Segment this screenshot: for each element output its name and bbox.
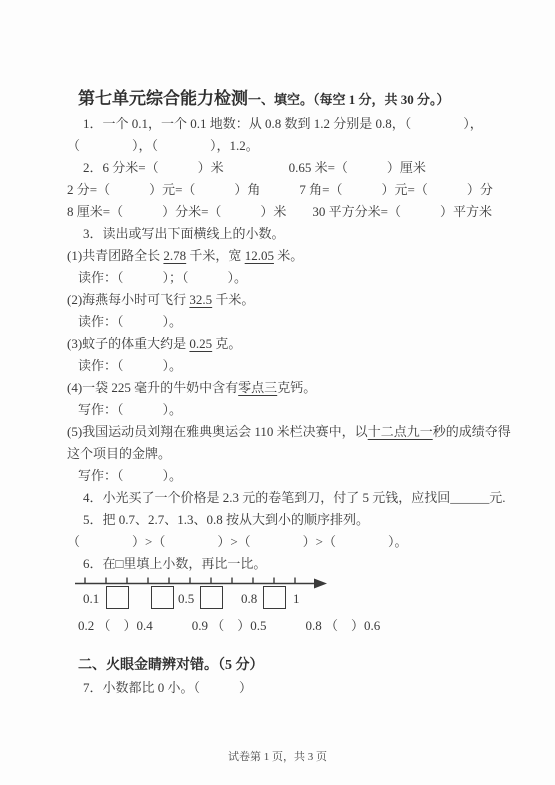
question-3-item-2: (2)海燕每小时可飞行 32.5 千米。 (67, 289, 527, 311)
question-5-blanks: （ ）>（ ）>（ ）>（ ）。 (67, 531, 527, 553)
exam-title: 第七单元综合能力检测一、填空。（每空 1 分，共 30 分。） (67, 86, 527, 113)
question-3-item-3-read: 读作：（ ）。 (67, 355, 527, 377)
question-2-row-1: 2．6 分米=（ ）米 0.65 米=（ ）厘米 (67, 157, 527, 179)
question-7: 7．小数都比 0 小。（ ） (67, 677, 527, 699)
number-line-label-0-8: 0.8 (241, 587, 257, 610)
question-2-row-3: 8 厘米=（ ）分米=（ ）米 30 平方分米=（ ）平方米 (67, 201, 527, 223)
question-3-item-4: (4)一袋 225 毫升的牛奶中含有零点三克钙。 (67, 377, 527, 399)
question-3-item-5-line-2: 这个项目的金牌。 (67, 443, 527, 465)
question-3-item-1: (1)共青团路全长 2.78 千米，宽 12.05 米。 (67, 245, 527, 267)
answer-box (200, 586, 223, 609)
number-line-label-0-1: 0.1 (83, 587, 99, 610)
page-footer: 试卷第 1 页，共 3 页 (0, 748, 555, 764)
underlined-number: 2.78 (163, 248, 186, 263)
question-3-intro: 3．读出或写出下面横线上的小数。 (67, 223, 527, 245)
answer-box (263, 586, 286, 609)
question-3-item-4-write: 写作：（ ）。 (67, 399, 527, 421)
number-line-figure: 0.1 0.5 0.8 1 (67, 575, 527, 615)
exam-content: 第七单元综合能力检测一、填空。（每空 1 分，共 30 分。） 1．一个 0.1… (67, 86, 527, 699)
underlined-text: 零点三 (238, 380, 277, 395)
question-3-item-1-read: 读作：（ ）；（ ）。 (67, 267, 527, 289)
exam-paper-page: 第七单元综合能力检测一、填空。（每空 1 分，共 30 分。） 1．一个 0.1… (0, 0, 555, 785)
exam-title-main: 第七单元综合能力检测 (78, 89, 248, 108)
section-1-heading: 一、填空。（每空 1 分，共 30 分。） (248, 92, 450, 107)
underlined-number: 32.5 (189, 292, 212, 307)
question-3-item-2-read: 读作：（ ）。 (67, 311, 527, 333)
question-4: 4．小光买了一个价格是 2.3 元的卷笔到刀，付了 5 元钱，应找回______… (67, 487, 527, 509)
number-line-label-1: 1 (293, 587, 300, 610)
question-2-row-2: 2 分=（ ）元=（ ）角 7 角=（ ）元=（ ）分 (67, 179, 527, 201)
question-6-compare-row: 0.2 （ ）0.4 0.9 （ ）0.5 0.8 （ ）0.6 (67, 615, 527, 637)
underlined-number: 0.25 (189, 336, 212, 351)
arrowhead-icon (314, 579, 327, 589)
underlined-text: 十二点九一 (368, 424, 433, 439)
answer-box (151, 586, 174, 609)
section-2-heading: 二、火眼金睛辨对错。（5 分） (67, 637, 527, 677)
question-1-line-2: （ ），（ ），1.2。 (67, 135, 527, 157)
question-3-item-3: (3)蚊子的体重大约是 0.25 克。 (67, 333, 527, 355)
underlined-number: 12.05 (245, 248, 274, 263)
question-3-item-5-line-1: (5)我国运动员刘翔在雅典奥运会 110 米栏决赛中，以十二点九一秒的成绩夺得 (67, 421, 527, 443)
answer-box (106, 586, 129, 609)
question-3-item-5-write: 写作：（ ）。 (67, 465, 527, 487)
number-line-label-0-5: 0.5 (178, 587, 194, 610)
question-5: 5．把 0.7、2.7、1.3、0.8 按从大到小的顺序排列。 (67, 509, 527, 531)
question-6: 6．在□里填上小数，再比一比。 (67, 553, 527, 575)
question-1-line-1: 1．一个 0.1，一个 0.1 地数：从 0.8 数到 1.2 分别是 0.8，… (67, 113, 527, 135)
